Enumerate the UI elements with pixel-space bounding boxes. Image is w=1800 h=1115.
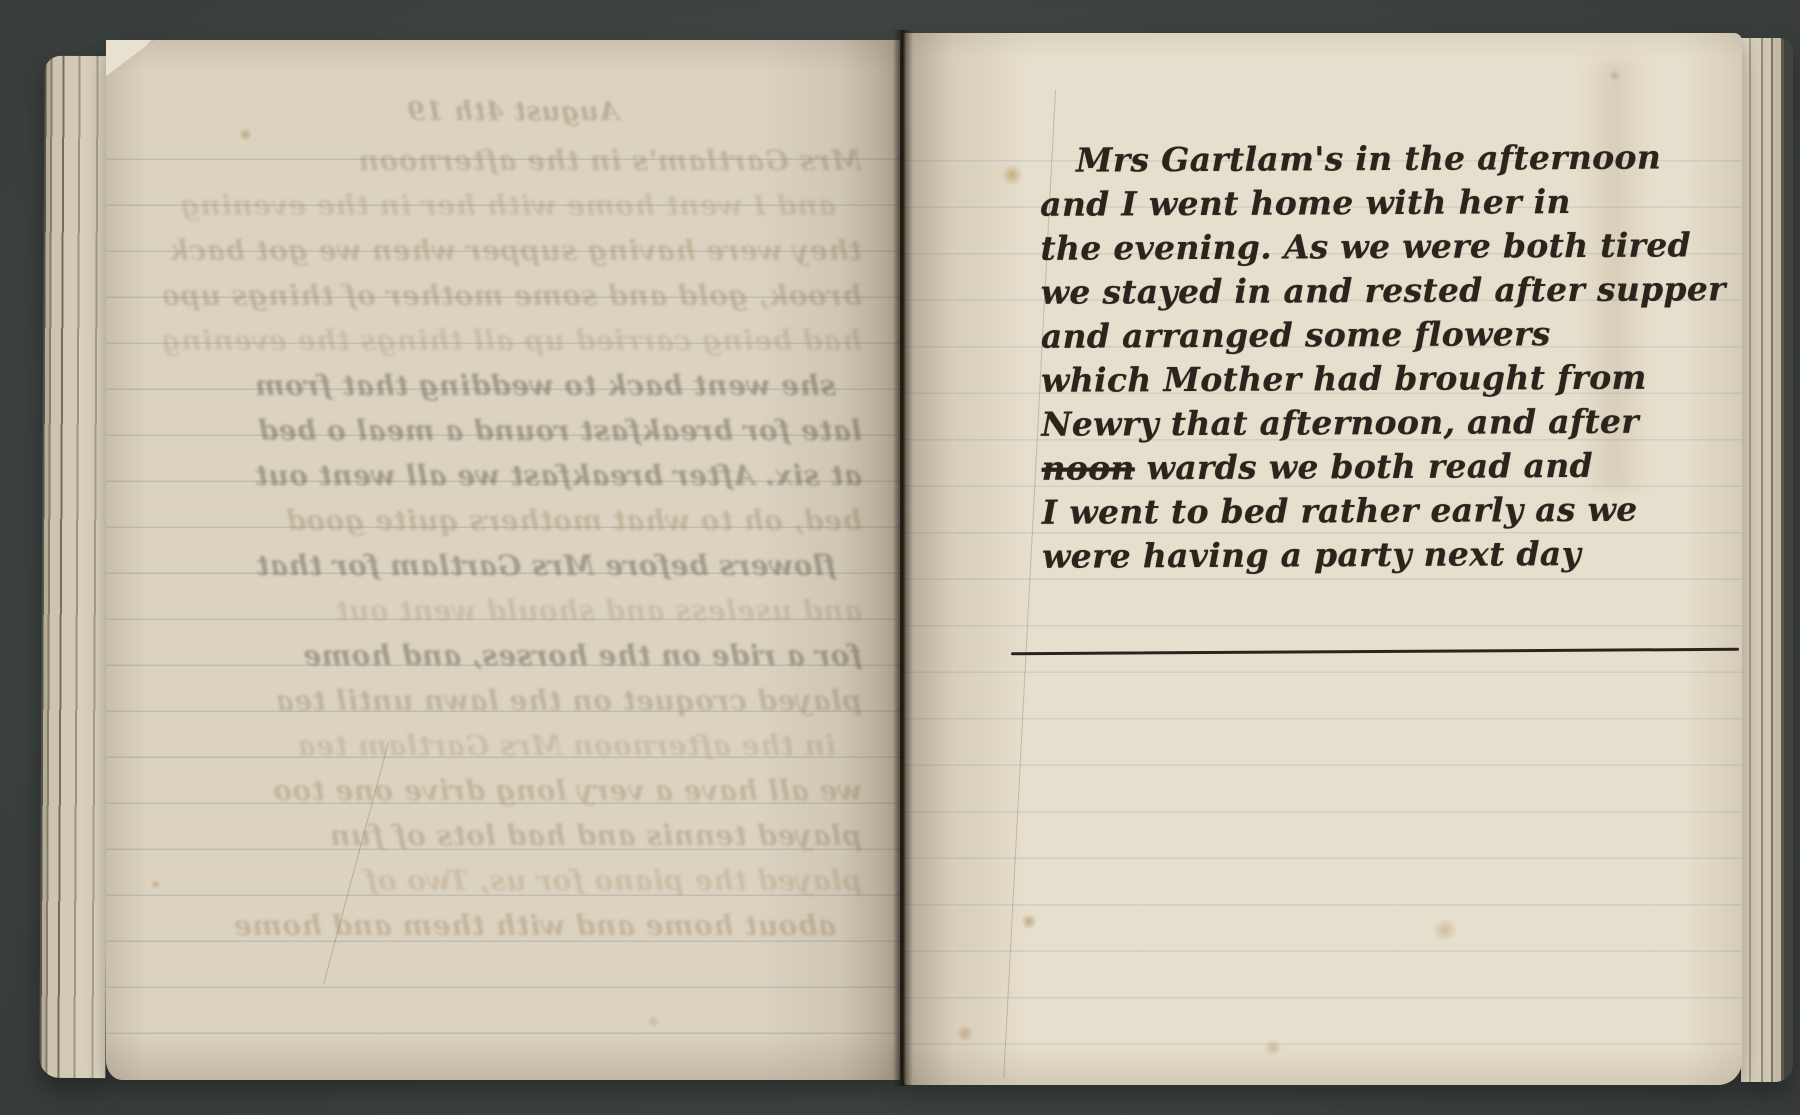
bleedthrough-line: played croquet on the lawn until tea: [164, 678, 862, 723]
entry-line: and I went home with her in: [1040, 179, 1730, 227]
bleedthrough-line: Mrs Gartlam's in the afternoon: [164, 138, 862, 183]
bleedthrough-line: she went back to wedding that from: [164, 363, 836, 408]
bleedthrough-line: and I went home with her in the evening: [164, 183, 836, 228]
stacked-page-edges-left: [39, 56, 110, 1078]
entry-line: Newry that afternoon, and after: [1041, 399, 1731, 447]
entry-line-continuation: wards we both read and: [1135, 446, 1593, 487]
spine-gutter: [893, 30, 913, 1086]
bleedthrough-line: and useless and should went out: [164, 588, 862, 633]
entry-line: noon wards we both read and: [1041, 443, 1731, 491]
entry-line: the evening. As we were both tired: [1040, 223, 1730, 271]
bleedthrough-line: we all have a very long drive one too: [164, 768, 862, 813]
bleedthrough-line: late for breakfast round a meal o bed: [164, 408, 862, 453]
bleedthrough-line: about home and with them and home: [164, 903, 836, 948]
entry-line: which Mother had brought from: [1041, 355, 1731, 403]
bleedthrough-heading: August 4th 19: [164, 90, 862, 135]
entry-line: and arranged some flowers: [1041, 311, 1731, 359]
bleedthrough-line: bed, oh to what mothers quite good: [164, 498, 862, 543]
entry-line: I went to bed rather early as we: [1042, 487, 1732, 535]
bleedthrough-line: played tennis and had lots of fun: [164, 813, 862, 858]
entry-line: Mrs Gartlam's in the afternoon: [1040, 135, 1730, 183]
bleedthrough-line: for a ride on the horses, and home: [164, 633, 862, 678]
bleedthrough-line: had being carried up all things the even…: [164, 318, 862, 363]
entry-line: we stayed in and rested after supper: [1041, 267, 1731, 315]
diary-entry: Mrs Gartlam's in the afternoon and I wen…: [1040, 135, 1732, 579]
entry-line: were having a party next day: [1042, 531, 1732, 579]
bleedthrough-line: in the afternoon Mrs Gartlam tea: [164, 723, 836, 768]
left-page: August 4th 19 Mrs Gartlam's in the after…: [106, 40, 900, 1080]
photo-backdrop: August 4th 19 Mrs Gartlam's in the after…: [0, 0, 1800, 1115]
strikethrough-word: noon: [1041, 448, 1134, 487]
bleedthrough-line: flowers before Mrs Gartlam for that: [164, 543, 836, 588]
bleedthrough-line: they were having supper when we got back: [164, 228, 862, 273]
left-page-bleedthrough: August 4th 19 Mrs Gartlam's in the after…: [164, 90, 862, 948]
bleedthrough-line: played the piano for us, Two of: [164, 858, 862, 903]
bleedthrough-line: brook, gold and some mother of things up…: [164, 273, 862, 318]
stacked-page-edges-right: [1741, 38, 1793, 1082]
bleedthrough-line: at six. After breakfast we all went out: [164, 453, 862, 498]
